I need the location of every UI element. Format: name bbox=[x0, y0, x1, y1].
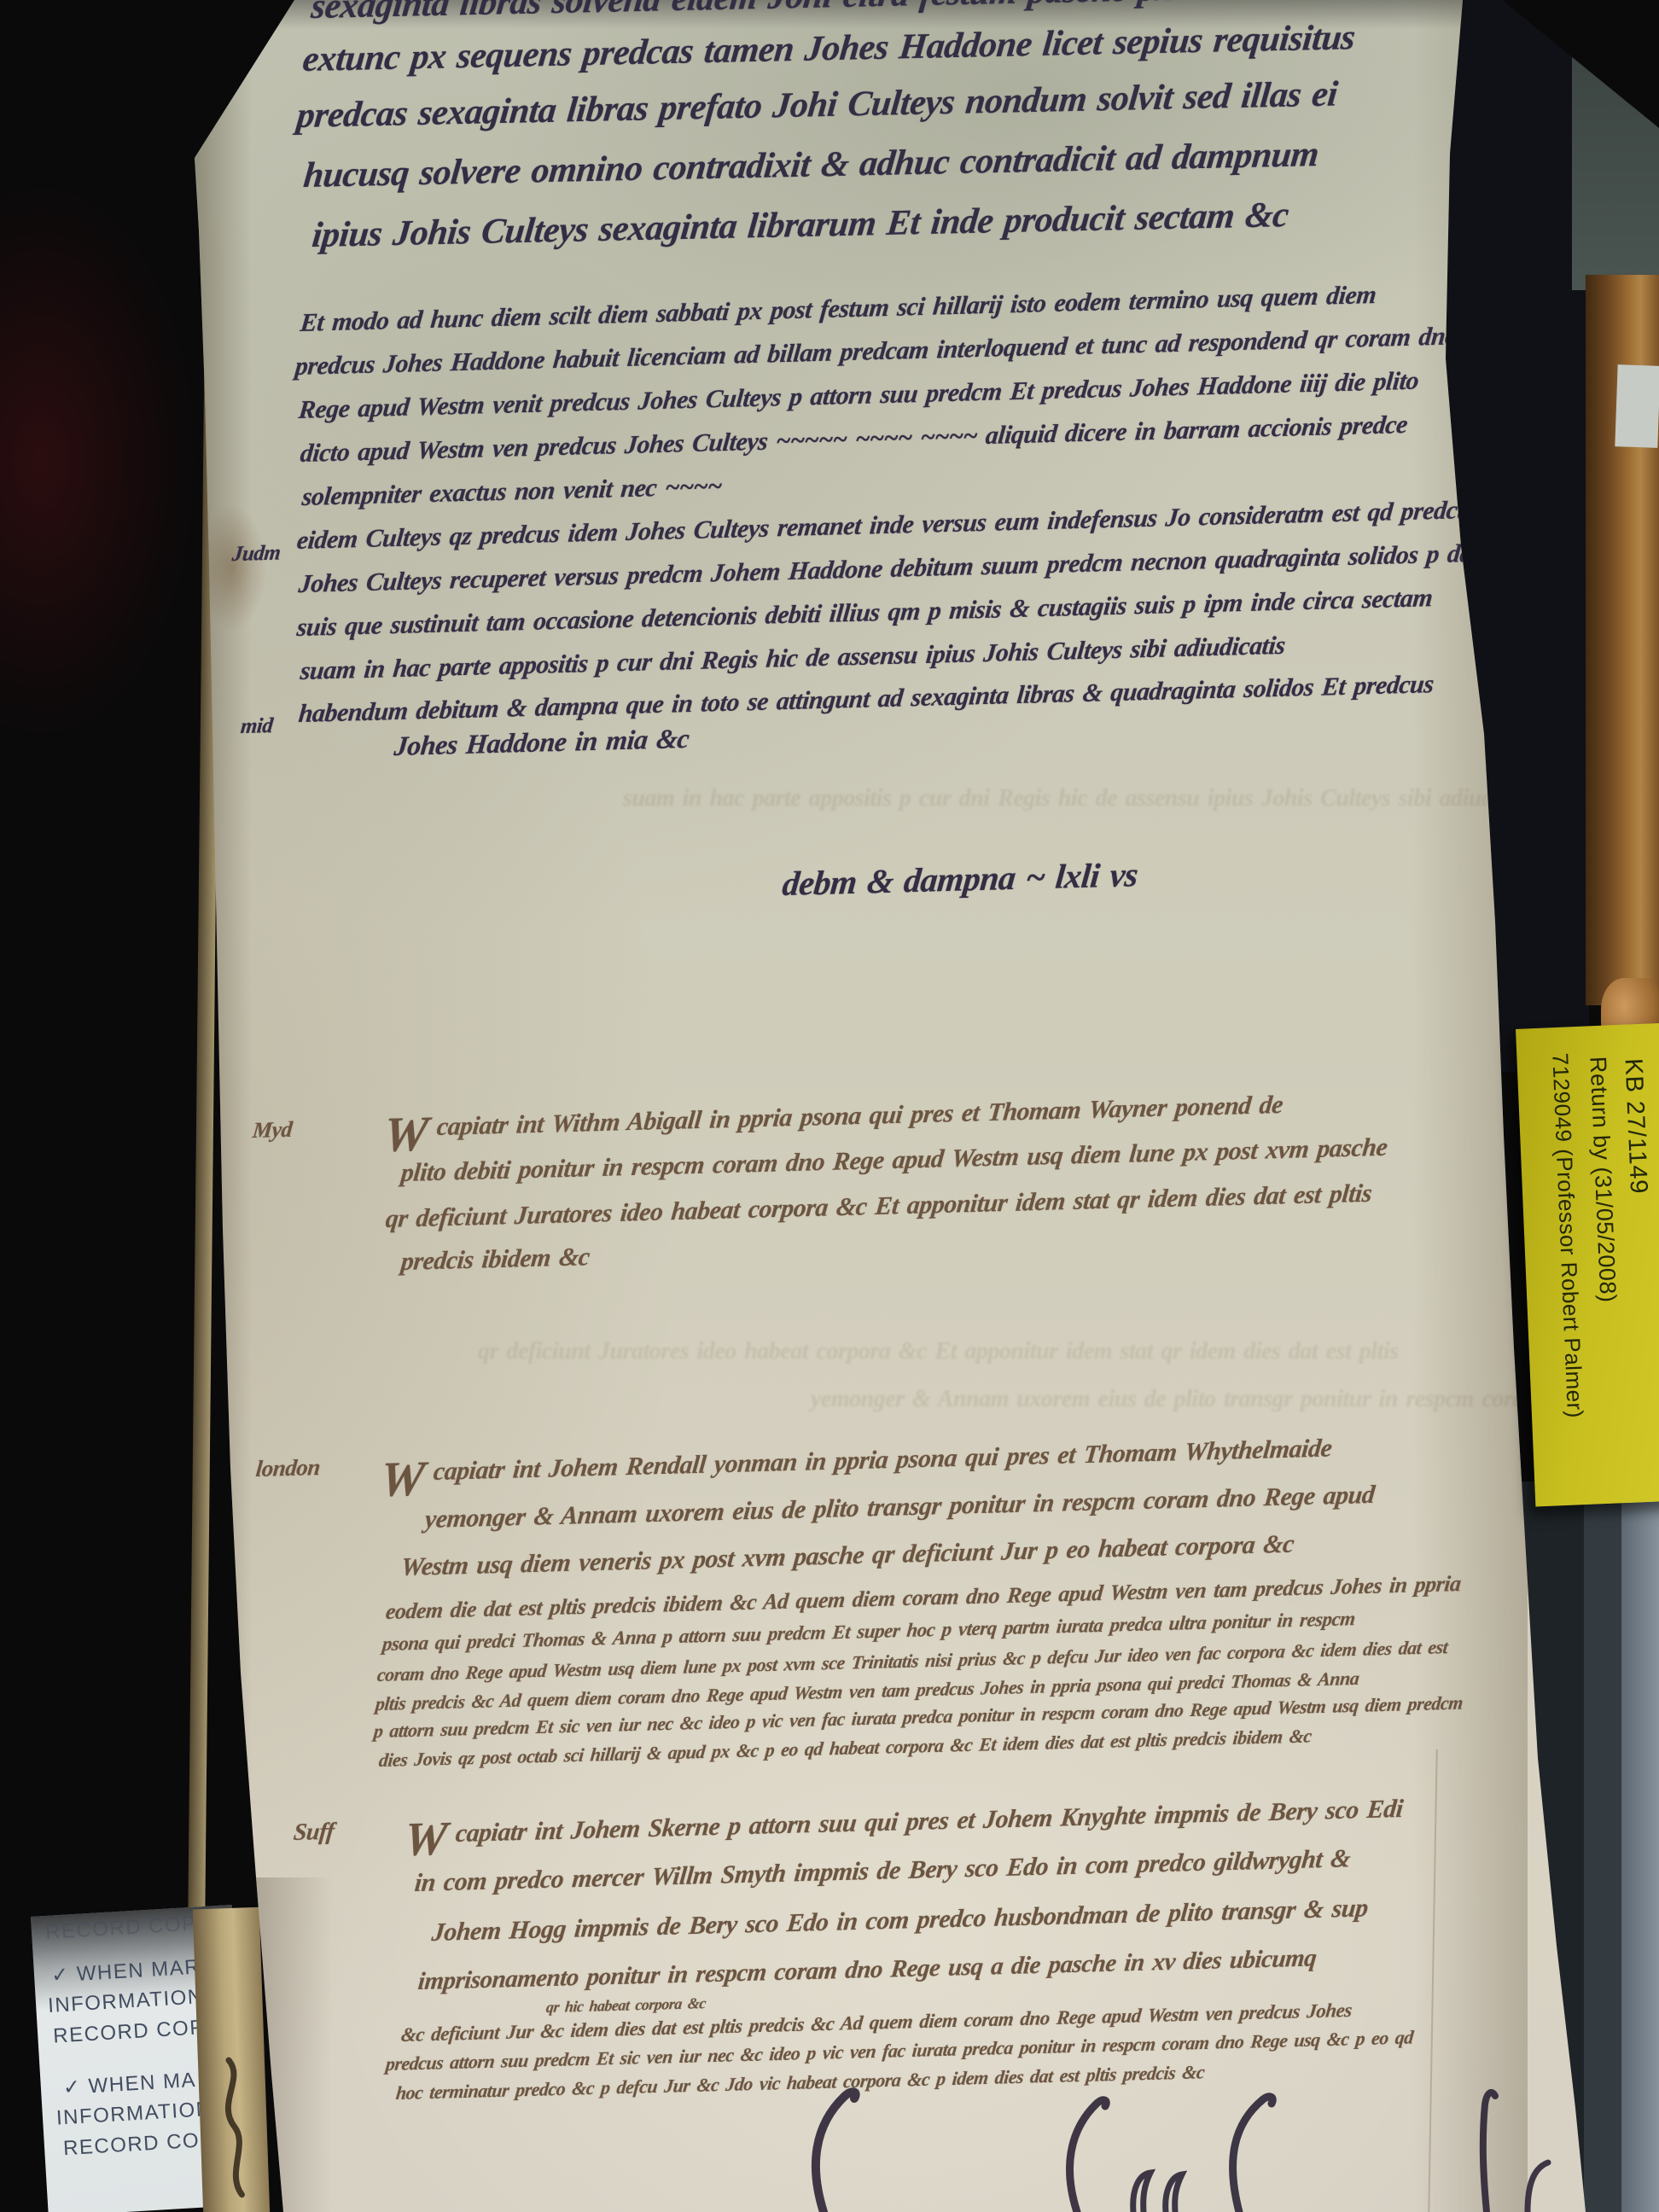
manuscript-line: Johem Hogg impmis de Bery sco Edo in com… bbox=[430, 1894, 1369, 1947]
request-slip: 5052174 55 KB 27/1149 Return by (31/05/2… bbox=[1516, 1022, 1659, 1506]
manuscript-line: predcas sexaginta libras prefato Johi Cu… bbox=[295, 73, 1340, 137]
table-mid-strip bbox=[1584, 1488, 1625, 2212]
margin-note-county: london bbox=[255, 1454, 322, 1482]
initial-capital: W bbox=[381, 1105, 431, 1164]
margin-note-county: mid bbox=[240, 714, 274, 739]
manuscript-line: capiatr int Johem Rendall yonman in ppri… bbox=[432, 1434, 1333, 1487]
label-row: INFORMATION bbox=[55, 2098, 212, 2131]
manuscript-line: solempniter exactus non venit nec ~~~~ bbox=[300, 472, 723, 512]
manuscript-line: capiatr int Withm Abigall in ppria psona… bbox=[435, 1091, 1284, 1142]
judgment-sum-line: debm & dampna ~ lxli vs bbox=[781, 854, 1140, 904]
margin-note-judgment: Judm bbox=[231, 541, 282, 567]
photo-canvas: RECORD COPII ✓ WHEN MAR INFORMATION RECO… bbox=[0, 0, 1659, 2212]
manuscript-line: yemonger & Annam uxorem eius de plito tr… bbox=[423, 1481, 1376, 1534]
initial-capital: W bbox=[378, 1450, 428, 1509]
membrane-edge-strip bbox=[193, 1907, 271, 2212]
initial-capital: W bbox=[402, 1812, 449, 1867]
manuscript-line: qr deficiunt Juratores ideo habeat corpo… bbox=[384, 1179, 1372, 1234]
slip-requester: 7129049 (Professor Robert Palmer) bbox=[1546, 1052, 1588, 1418]
manuscript-line: ipius Johis Culteys sexaginta librarum E… bbox=[311, 195, 1290, 256]
frame-light-patch bbox=[1615, 364, 1659, 448]
manuscript-line: in com predco mercer Willm Smyth impmis … bbox=[413, 1844, 1351, 1898]
parchment-membrane: sexaginta libras solvend eidem Johi citr… bbox=[0, 0, 1659, 2212]
manuscript-line: predcis ibidem &c bbox=[399, 1243, 591, 1277]
manuscript-line: capiatr int Johem Skerne p attorn suu qu… bbox=[454, 1795, 1404, 1848]
table-light-strip bbox=[1621, 1493, 1659, 2212]
ghost-text: suam in hac parte appositis p cur dni Re… bbox=[623, 785, 1542, 812]
manuscript-line: Johes Haddone in mia &c bbox=[393, 723, 690, 762]
edge-flourish-icon bbox=[200, 2052, 265, 2212]
label-row: ✓ WHEN MA bbox=[62, 2068, 197, 2100]
ghost-text: qr deficiunt Juratores ideo habeat corpo… bbox=[478, 1338, 1399, 1365]
manuscript-line: Westm usq diem veneris px post xvm pasch… bbox=[399, 1530, 1295, 1582]
manuscript-line: hucusq solvere omnino contradixit & adhu… bbox=[302, 134, 1321, 196]
slip-return-by: Return by (31/05/2008) bbox=[1584, 1056, 1621, 1303]
slip-class-mark: KB 27/1149 bbox=[1619, 1058, 1653, 1196]
margin-note-county: Suff bbox=[292, 1819, 335, 1847]
manuscript-line: qr hic habeat corpora &c bbox=[545, 1994, 707, 2017]
manuscript-line: imprisonamento ponitur in respcm coram d… bbox=[416, 1944, 1317, 1996]
margin-note-county: Myd bbox=[252, 1117, 294, 1144]
signature-flourishes-icon bbox=[768, 2074, 1579, 2212]
manuscript-line: plito debiti ponitur in respcm coram dno… bbox=[399, 1133, 1388, 1188]
